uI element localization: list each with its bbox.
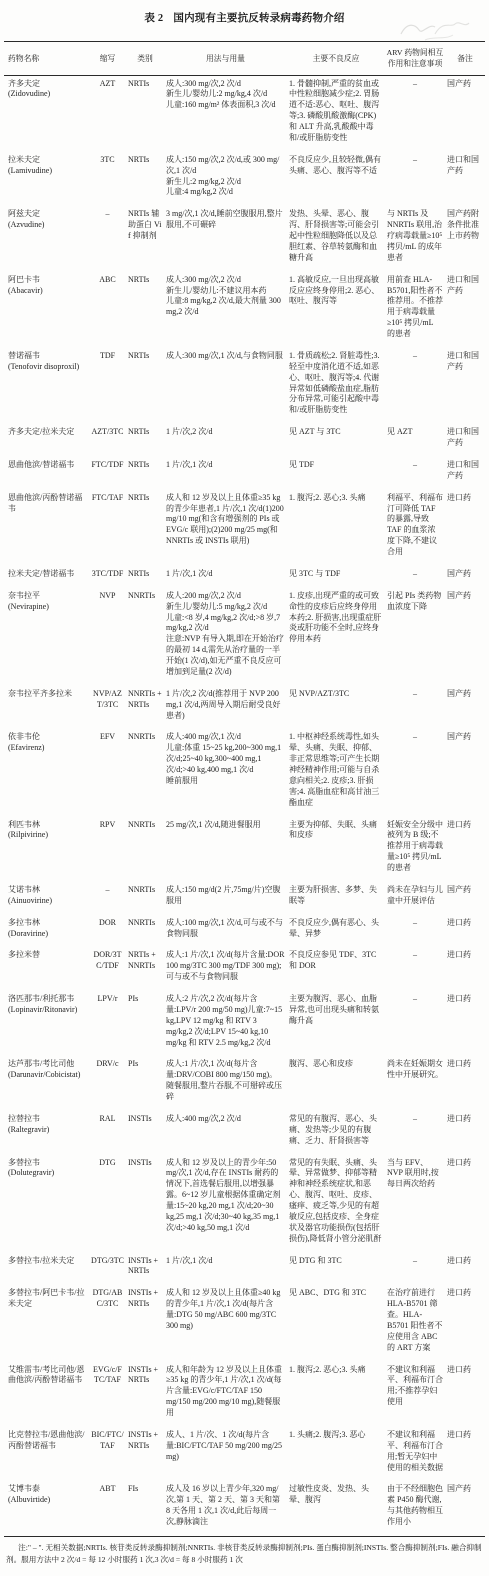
drug-adverse-cell: 1. 皮疹,出现严重的或可致命性的皮疹后应终身停用本药;2. 肝损害,出现重症肝…	[287, 588, 385, 686]
drug-name-cell: 奈韦拉平齐多拉米	[4, 686, 89, 730]
drug-interaction-cell: 尚未在妊娠期女性中开展研究。	[385, 1056, 445, 1111]
drug-name-cell: 拉替拉韦 (Raltegravir)	[4, 1111, 89, 1155]
drug-usage-cell: 成人:1 片/次,1 次/d(每片含量:DRV/COBI 800 mg/150 …	[164, 1056, 287, 1111]
col-header-class: 类别	[126, 42, 164, 76]
drug-remark-cell: 国产药	[445, 686, 485, 730]
drug-adverse-cell: 主要为抑郁、失眠、头痛和皮疹	[287, 817, 385, 882]
table-row: 艾诺韦林 (Ainuovirine) – NNRTIs 成人:150 mg/d(…	[4, 882, 485, 915]
drug-interaction-cell: –	[385, 348, 445, 424]
drug-interaction-cell: 尚未在孕妇与儿童中开展评估	[385, 882, 445, 915]
drug-interaction-cell: 当与 EFV、NVP 联用时,按每日两次给药	[385, 1155, 445, 1253]
drug-interaction-cell: –	[385, 991, 445, 1056]
col-header-interaction: ARV 药物间相互作用和注意事项	[385, 42, 445, 76]
drug-name-cell: 奈韦拉平 (Nevirapine)	[4, 588, 89, 686]
table-row: 达芦那韦/考比司他 (Darunavir/Cobicistat) DRV/c P…	[4, 1056, 485, 1111]
drug-abbr-cell: DOR/3TC/TDF	[89, 947, 126, 991]
drug-remark-cell: 进口药	[445, 1111, 485, 1155]
drug-remark-cell: 进口和国产药	[445, 424, 485, 457]
drug-name-cell: 多拉米替	[4, 947, 89, 991]
drug-usage-cell: 成人:150 mg/次,2 次/d,或 300 mg/次,1 次/d 新生儿:2…	[164, 152, 287, 207]
drug-remark-cell: 进口药	[445, 1155, 485, 1253]
drug-usage-cell: 成人:200 mg/次,2 次/d 新生儿/婴幼儿:5 mg/kg,2 次/d …	[164, 588, 287, 686]
drug-interaction-cell: 妊娠安全分级中被列为 B 级;不推荐用于病毒载量≥10⁵ 拷贝/mL 的患者	[385, 817, 445, 882]
drug-name-cell: 洛匹那韦/利托那韦 (Lopinavir/Ritonavir)	[4, 991, 89, 1056]
drug-adverse-cell: 发热、头晕、恶心、腹泻、肝肾损害等;可能会引起中性粒细胞降低以及总胆红素、谷草转…	[287, 206, 385, 271]
table-row: 多替拉韦/阿巴卡韦/拉米夫定 DTG/ABC/3TC INSTIs + NRTI…	[4, 1285, 485, 1361]
drug-interaction-cell: –	[385, 686, 445, 730]
drug-interaction-cell: –	[385, 1253, 445, 1286]
drug-adverse-cell: 1. 腹泻;2. 恶心;3. 头痛	[287, 490, 385, 566]
drug-abbr-cell: 3TC/TDF	[89, 566, 126, 588]
drug-adverse-cell: 常见的有失眠、头痛、头晕、异常做梦、抑郁等精神和神经系统症状,和恶心、腹泻、呕吐…	[287, 1155, 385, 1253]
drug-remark-cell: 国产药	[445, 75, 485, 152]
drug-abbr-cell: FTC/TAF	[89, 490, 126, 566]
drug-remark-cell: 进口药	[445, 1285, 485, 1361]
table-row: 利匹韦林 (Rilpivirine) RPV NNRTIs 25 mg/次,1 …	[4, 817, 485, 882]
drug-class-cell: NNRTIs	[126, 817, 164, 882]
drug-usage-cell: 成人:1 片/次,1 次/d(每片含量:DOR 100 mg/3TC 300 m…	[164, 947, 287, 991]
drug-adverse-cell: 主要为肝损害、多梦、失眠等	[287, 882, 385, 915]
drug-class-cell: FIs	[126, 1481, 164, 1536]
drug-remark-cell: 进口药	[445, 947, 485, 991]
drug-usage-cell: 成人:400 mg/次,1 次/d 儿童:体重 15~25 kg,200~300…	[164, 729, 287, 816]
table-row: 阿巴卡韦 (Abacavir) ABC NRTIs 成人:300 mg/次,2 …	[4, 272, 485, 348]
drug-class-cell: NRTIs	[126, 424, 164, 457]
drug-class-cell: PIs	[126, 1056, 164, 1111]
drug-name-cell: 齐多夫定/拉米夫定	[4, 424, 89, 457]
drug-abbr-cell: NVP	[89, 588, 126, 686]
drug-remark-cell: 进口药	[445, 1253, 485, 1286]
drug-adverse-cell: 1. 骨质疏松;2. 肾脏毒性;3. 轻至中度消化道不适,如恶心、呕吐、腹泻等;…	[287, 348, 385, 424]
drug-name-cell: 拉米夫定/替诺福韦	[4, 566, 89, 588]
table-row: 拉替拉韦 (Raltegravir) RAL INSTIs 成人:400 mg/…	[4, 1111, 485, 1155]
drug-abbr-cell: –	[89, 206, 126, 271]
drug-class-cell: NRTIs	[126, 272, 164, 348]
drug-interaction-cell: 利福平、利福布汀可降低 TAF 的暴露,导致 TAF 的血浆浓度下降,不建议合用	[385, 490, 445, 566]
drug-abbr-cell: AZT/3TC	[89, 424, 126, 457]
table-row: 替诺福韦 (Tenofovir disoproxil) TDF NRTIs 成人…	[4, 348, 485, 424]
table-row: 拉米夫定 (Lamivudine) 3TC NRTIs 成人:150 mg/次,…	[4, 152, 485, 207]
drug-usage-cell: 成人和 12 岁及以上且体重≥35 kg 的青少年患者,1 片/次,1 次/d(…	[164, 490, 287, 566]
drug-abbr-cell: FTC/TDF	[89, 457, 126, 490]
drug-remark-cell: 国产药	[445, 882, 485, 915]
drug-remark-cell: 进口药	[445, 1362, 485, 1427]
drug-interaction-cell: 不建议和利福平、利福布汀合用;不推荐孕妇使用	[385, 1362, 445, 1427]
col-header-drug-name: 药物名称	[4, 42, 89, 76]
table-footnote: 注:" – ". 无相关数据;NRTIs. 核苷类反转录酶抑制剂;NNRTIs.…	[4, 1542, 485, 1566]
drug-remark-cell: 进口和国产药	[445, 457, 485, 490]
drug-class-cell: INSTIs + NRTIs	[126, 1285, 164, 1361]
col-header-usage: 用法与用量	[164, 42, 287, 76]
header-row: 药物名称 缩写 类别 用法与用量 主要不良反应 ARV 药物间相互作用和注意事项…	[4, 42, 485, 76]
drug-name-cell: 恩曲他滨/替诺福韦	[4, 457, 89, 490]
drug-class-cell: NRTIs	[126, 348, 164, 424]
drug-adverse-cell: 不良反应参见 TDF、3TC 和 DOR	[287, 947, 385, 991]
drug-adverse-cell: 见 3TC 与 TDF	[287, 566, 385, 588]
drug-usage-cell: 成人:2 片/次,2 次/d(每片含量:LPV/r 200 mg/50 mg)儿…	[164, 991, 287, 1056]
drug-class-cell: NRTIs	[126, 152, 164, 207]
drug-class-cell: NNRTIs	[126, 588, 164, 686]
drug-usage-cell: 成人和年龄为 12 岁及以上且体重≥35 kg 的青少年,1 片/次,1 次/d…	[164, 1362, 287, 1427]
drug-abbr-cell: BIC/FTC/TAF	[89, 1427, 126, 1482]
table-row: 多拉韦林 (Doravirine) DOR NNRTIs 成人:100 mg/次…	[4, 915, 485, 948]
drug-abbr-cell: ABC	[89, 272, 126, 348]
drug-adverse-cell: 不良反应少,偶有恶心、头晕、异梦	[287, 915, 385, 948]
drug-remark-cell: 国产药	[445, 588, 485, 686]
drug-usage-cell: 1 片/次,2 次/d	[164, 424, 287, 457]
drug-remark-cell: 进口药	[445, 1056, 485, 1111]
drug-adverse-cell: 1. 骨髓抑制,严重的贫血或中性粒细胞减少症;2. 胃肠道不适:恶心、呕吐、腹泻…	[287, 75, 385, 152]
drug-interaction-cell: 在治疗前进行 HLA-B5701 筛查。HLA-B5701 阳性者不应使用含 A…	[385, 1285, 445, 1361]
drug-name-cell: 依非韦伦 (Efavirenz)	[4, 729, 89, 816]
drug-adverse-cell: 常见的有腹泻、恶心、头痛、发热等;少见的有腹痛、乏力、肝肾损害等	[287, 1111, 385, 1155]
drug-class-cell: INSTIs + NRTIs	[126, 1253, 164, 1286]
drug-name-cell: 利匹韦林 (Rilpivirine)	[4, 817, 89, 882]
drug-class-cell: NRTIs	[126, 457, 164, 490]
drug-interaction-cell: –	[385, 947, 445, 991]
drug-abbr-cell: ABT	[89, 1481, 126, 1536]
table-row: 多替拉韦/拉米夫定 DTG/3TC INSTIs + NRTIs 1 片/次,1…	[4, 1253, 485, 1286]
document-page: 表 2国内现有主要抗反转录病毒药物介绍 药物名称 缩写 类别 用法与用量 主要不…	[0, 0, 489, 1576]
drug-interaction-cell: –	[385, 457, 445, 490]
drug-class-cell: NRTIs	[126, 566, 164, 588]
drug-usage-cell: 25 mg/次,1 次/d,随进餐服用	[164, 817, 287, 882]
col-header-adverse: 主要不良反应	[287, 42, 385, 76]
drug-class-cell: INSTIs + NRTIs	[126, 1362, 164, 1427]
drug-usage-cell: 成人和 12 岁及以上且体重≥40 kg 的青少年,1 片/次,1 次/d(每片…	[164, 1285, 287, 1361]
drug-remark-cell: 进口药	[445, 490, 485, 566]
drug-table-body: 齐多夫定 (Zidovudine) AZT NRTIs 成人:300 mg/次,…	[4, 75, 485, 1536]
table-row: 洛匹那韦/利托那韦 (Lopinavir/Ritonavir) LPV/r PI…	[4, 991, 485, 1056]
drug-name-cell: 多替拉韦 (Dolutegravir)	[4, 1155, 89, 1253]
drug-abbr-cell: DRV/c	[89, 1056, 126, 1111]
drug-usage-cell: 成人:300 mg/次,2 次/d 新生儿/婴幼儿:2 mg/kg,4 次/d …	[164, 75, 287, 152]
drug-adverse-cell: 见 AZT 与 3TC	[287, 424, 385, 457]
drug-usage-cell: 成人:300 mg/次,1 次/d,与食物同服	[164, 348, 287, 424]
drug-usage-cell: 1 片/次,1 次/d	[164, 457, 287, 490]
drug-adverse-cell: 见 ABC、DTG 和 3TC	[287, 1285, 385, 1361]
table-row: 恩曲他滨/替诺福韦 FTC/TDF NRTIs 1 片/次,1 次/d 见 TD…	[4, 457, 485, 490]
drug-abbr-cell: EVG/c/FTC/TAF	[89, 1362, 126, 1427]
drug-abbr-cell: TDF	[89, 348, 126, 424]
drug-adverse-cell: 1. 中枢神经系统毒性,如头晕、头痛、失眠、抑郁、非正常思维等;可产生长期神经精…	[287, 729, 385, 816]
drug-remark-cell: 进口药	[445, 1427, 485, 1482]
drug-adverse-cell: 1. 腹泻;2. 恶心;3. 头痛	[287, 1362, 385, 1427]
drug-class-cell: NNRTIs + NRTIs	[126, 686, 164, 730]
drug-remark-cell: 进口药	[445, 817, 485, 882]
drug-name-cell: 艾维雷韦/考比司他/恩曲他滨/丙酚替诺福韦	[4, 1362, 89, 1427]
drug-usage-cell: 成人:300 mg/次,2 次/d 新生儿/婴幼儿:不建议用本药 儿童:8 mg…	[164, 272, 287, 348]
drug-usage-cell: 1 片/次,1 次/d	[164, 1253, 287, 1286]
table-title: 表 2国内现有主要抗反转录病毒药物介绍	[4, 10, 485, 25]
table-row: 齐多夫定 (Zidovudine) AZT NRTIs 成人:300 mg/次,…	[4, 75, 485, 152]
drug-name-cell: 比克替拉韦/恩曲他滨/丙酚替诺福韦	[4, 1427, 89, 1482]
drug-interaction-cell: –	[385, 729, 445, 816]
table-row: 阿兹夫定 (Azvudine) – NRTIs 辅助蛋白 Vif 抑制剂 3 m…	[4, 206, 485, 271]
col-header-abbr: 缩写	[89, 42, 126, 76]
drug-interaction-cell: 由于不经细胞色素 P450 酶代谢,与其他药物相互作用小	[385, 1481, 445, 1536]
drug-usage-cell: 成人和 12 岁及以上的青少年:50 mg/次,1 次/d,存在 INSTIs …	[164, 1155, 287, 1253]
drug-name-cell: 艾博韦泰 (Albuvirtide)	[4, 1481, 89, 1536]
drug-name-cell: 齐多夫定 (Zidovudine)	[4, 75, 89, 152]
table-header: 药物名称 缩写 类别 用法与用量 主要不良反应 ARV 药物间相互作用和注意事项…	[4, 42, 485, 76]
drug-interaction-cell: 见 AZT	[385, 424, 445, 457]
drug-remark-cell: 进口药	[445, 991, 485, 1056]
drug-usage-cell: 成人:150 mg/d(2 片,75mg/片)空腹服用	[164, 882, 287, 915]
table-row: 依非韦伦 (Efavirenz) EFV NNRTIs 成人:400 mg/次,…	[4, 729, 485, 816]
drug-interaction-cell: –	[385, 152, 445, 207]
drug-interaction-cell: –	[385, 75, 445, 152]
drug-adverse-cell: 过敏性皮炎、发热、头晕、腹泻	[287, 1481, 385, 1536]
drug-name-cell: 多替拉韦/阿巴卡韦/拉米夫定	[4, 1285, 89, 1361]
drug-abbr-cell: –	[89, 882, 126, 915]
table-row: 比克替拉韦/恩曲他滨/丙酚替诺福韦 BIC/FTC/TAF INSTIs + N…	[4, 1427, 485, 1482]
drug-abbr-cell: EFV	[89, 729, 126, 816]
table-row: 多替拉韦 (Dolutegravir) DTG INSTIs 成人和 12 岁及…	[4, 1155, 485, 1253]
col-header-remark: 备注	[445, 42, 485, 76]
drug-interaction-cell: 引起 PIs 类药物血浓度下降	[385, 588, 445, 686]
drug-adverse-cell: 1. 高敏反应,一旦出现高敏反应应终身停用;2. 恶心、呕吐、腹泻等	[287, 272, 385, 348]
drug-remark-cell: 国产药	[445, 729, 485, 816]
drug-interaction-cell: 不建议和利福平、利福布汀合用;暂无孕妇中使用的相关数据	[385, 1427, 445, 1482]
drug-adverse-cell: 主要为腹泻、恶心、血脂异常,也可出现头痛和转氨酶升高	[287, 991, 385, 1056]
drug-class-cell: NRTIs	[126, 75, 164, 152]
drug-class-cell: NNRTIs	[126, 729, 164, 816]
drug-abbr-cell: LPV/r	[89, 991, 126, 1056]
drug-table: 药物名称 缩写 类别 用法与用量 主要不良反应 ARV 药物间相互作用和注意事项…	[4, 41, 485, 1537]
drug-abbr-cell: DOR	[89, 915, 126, 948]
drug-adverse-cell: 见 DTG 和 3TC	[287, 1253, 385, 1286]
drug-interaction-cell: –	[385, 1111, 445, 1155]
drug-usage-cell: 1 片/次,2 次/d(推荐用于 NVP 200 mg,1 次/d,两周导入期后…	[164, 686, 287, 730]
table-number: 表 2	[144, 13, 163, 24]
drug-interaction-cell: –	[385, 566, 445, 588]
drug-usage-cell: 成人:400 mg/次,2 次/d	[164, 1111, 287, 1155]
drug-abbr-cell: AZT	[89, 75, 126, 152]
table-row: 艾维雷韦/考比司他/恩曲他滨/丙酚替诺福韦 EVG/c/FTC/TAF INST…	[4, 1362, 485, 1427]
drug-adverse-cell: 不良反应少,且较轻微,偶有头痛、恶心、腹泻等不适	[287, 152, 385, 207]
table-row: 奈韦拉平齐多拉米 NVP/AZT/3TC NNRTIs + NRTIs 1 片/…	[4, 686, 485, 730]
drug-adverse-cell: 见 NVP/AZT/3TC	[287, 686, 385, 730]
drug-name-cell: 阿巴卡韦 (Abacavir)	[4, 272, 89, 348]
drug-class-cell: NRTIs	[126, 490, 164, 566]
drug-name-cell: 艾诺韦林 (Ainuovirine)	[4, 882, 89, 915]
drug-name-cell: 拉米夫定 (Lamivudine)	[4, 152, 89, 207]
drug-interaction-cell: 用前查 HLA-B5701,阳性者不推荐用。不推荐用于病毒载量≥10⁵ 拷贝/m…	[385, 272, 445, 348]
drug-abbr-cell: DTG/ABC/3TC	[89, 1285, 126, 1361]
drug-remark-cell: 国产药附条件批准上市药物	[445, 206, 485, 271]
drug-class-cell: INSTIs	[126, 1155, 164, 1253]
drug-name-cell: 达芦那韦/考比司他 (Darunavir/Cobicistat)	[4, 1056, 89, 1111]
table-row: 艾博韦泰 (Albuvirtide) ABT FIs 成人及 16 岁以上青少年…	[4, 1481, 485, 1536]
drug-remark-cell: 进口药	[445, 915, 485, 948]
drug-usage-cell: 1 片/次,1 次/d	[164, 566, 287, 588]
drug-adverse-cell: 腹泻、恶心和皮疹	[287, 1056, 385, 1111]
drug-usage-cell: 成人及 16 岁以上青少年,320 mg/次,第 1 天、第 2 天、第 3 天…	[164, 1481, 287, 1536]
table-caption: 国内现有主要抗反转录病毒药物介绍	[173, 13, 344, 24]
drug-class-cell: PIs	[126, 991, 164, 1056]
drug-name-cell: 多替拉韦/拉米夫定	[4, 1253, 89, 1286]
drug-class-cell: NRTIs 辅助蛋白 Vif 抑制剂	[126, 206, 164, 271]
drug-abbr-cell: RAL	[89, 1111, 126, 1155]
drug-class-cell: NNRTIs	[126, 882, 164, 915]
drug-name-cell: 替诺福韦 (Tenofovir disoproxil)	[4, 348, 89, 424]
table-row: 多拉米替 DOR/3TC/TDF NRTIs + NNRTIs 成人:1 片/次…	[4, 947, 485, 991]
drug-interaction-cell: –	[385, 915, 445, 948]
drug-abbr-cell: RPV	[89, 817, 126, 882]
drug-remark-cell: 进口和国产药	[445, 152, 485, 207]
drug-class-cell: INSTIs + NRTIs	[126, 1427, 164, 1482]
drug-abbr-cell: DTG	[89, 1155, 126, 1253]
drug-remark-cell: 国产药	[445, 1481, 485, 1536]
drug-interaction-cell: 与 NRTIs 及 NNRTIs 联用,治疗病毒载量≥10⁵ 拷贝/mL 的成年…	[385, 206, 445, 271]
drug-remark-cell: 进口和国产药	[445, 348, 485, 424]
drug-abbr-cell: DTG/3TC	[89, 1253, 126, 1286]
table-row: 齐多夫定/拉米夫定 AZT/3TC NRTIs 1 片/次,2 次/d 见 AZ…	[4, 424, 485, 457]
drug-remark-cell: 进口和国产药	[445, 272, 485, 348]
drug-name-cell: 多拉韦林 (Doravirine)	[4, 915, 89, 948]
table-row: 拉米夫定/替诺福韦 3TC/TDF NRTIs 1 片/次,1 次/d 见 3T…	[4, 566, 485, 588]
drug-name-cell: 阿兹夫定 (Azvudine)	[4, 206, 89, 271]
drug-usage-cell: 成人:100 mg/次,1 次/d,可与或不与食物同服	[164, 915, 287, 948]
table-row: 恩曲他滨/丙酚替诺福韦 FTC/TAF NRTIs 成人和 12 岁及以上且体重…	[4, 490, 485, 566]
drug-usage-cell: 3 mg/次,1 次/d,睡前空腹服用,整片服用,不可碾碎	[164, 206, 287, 271]
drug-class-cell: INSTIs	[126, 1111, 164, 1155]
table-row: 奈韦拉平 (Nevirapine) NVP NNRTIs 成人:200 mg/次…	[4, 588, 485, 686]
drug-abbr-cell: 3TC	[89, 152, 126, 207]
drug-class-cell: NNRTIs	[126, 915, 164, 948]
drug-name-cell: 恩曲他滨/丙酚替诺福韦	[4, 490, 89, 566]
drug-adverse-cell: 1. 头痛;2. 腹泻;3. 恶心	[287, 1427, 385, 1482]
drug-class-cell: NRTIs + NNRTIs	[126, 947, 164, 991]
drug-usage-cell: 成人、1 片/次、1 次/d(每片含量:BIC/FTC/TAF 50 mg/20…	[164, 1427, 287, 1482]
drug-abbr-cell: NVP/AZT/3TC	[89, 686, 126, 730]
drug-remark-cell: 国产药	[445, 566, 485, 588]
drug-adverse-cell: 见 TDF	[287, 457, 385, 490]
